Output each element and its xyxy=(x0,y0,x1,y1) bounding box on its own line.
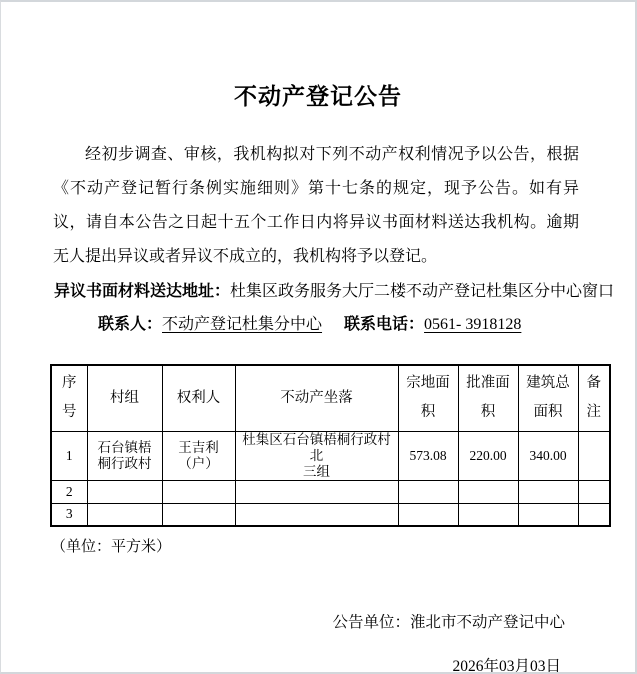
cell-property-location xyxy=(235,480,398,503)
col-header-approved-area: 批准面 积 xyxy=(458,365,518,431)
col-header-right-holder: 权利人 xyxy=(162,365,235,431)
announcement-body-paragraph: 经初步调查、审核，我机构拟对下列不动产权利情况予以公告，根据《不动产登记暂行条例… xyxy=(53,138,579,274)
contact-line: 联系人：不动产登记杜集分中心联系电话：0561- 3918128 xyxy=(98,313,635,337)
unit-note: （单位：平方米） xyxy=(51,536,635,558)
contact-phone-value: 0561- 3918128 xyxy=(424,316,521,333)
cell-approved-area xyxy=(458,480,518,503)
cell-property-location xyxy=(235,503,398,526)
cell-serial-number: 3 xyxy=(51,503,87,526)
cell-parcel-area xyxy=(398,503,458,526)
cell-total-building-area xyxy=(518,503,578,526)
col-header-total-building-area: 建筑总 面积 xyxy=(518,365,578,431)
col-header-serial-number: 序 号 xyxy=(51,365,87,431)
cell-parcel-area xyxy=(398,480,458,503)
cell-total-building-area xyxy=(518,480,578,503)
cell-village-group: 石台镇梧 桐行政村 xyxy=(87,431,162,480)
announcement-page: 不动产登记公告 经初步调查、审核，我机构拟对下列不动产权利情况予以公告，根据《不… xyxy=(0,0,637,674)
cell-right-holder xyxy=(162,480,235,503)
cell-approved-area xyxy=(458,503,518,526)
table-row: 1 石台镇梧 桐行政村 王吉利 （户） 杜集区石台镇梧桐行政村北 三组 573.… xyxy=(51,431,610,480)
cell-approved-area: 220.00 xyxy=(458,431,518,480)
objection-address-value: 杜集区政务服务大厅二楼不动产登记杜集区分中心窗口 xyxy=(230,283,614,300)
col-header-village-group: 村组 xyxy=(87,365,162,431)
cell-remarks xyxy=(578,480,610,503)
cell-right-holder: 王吉利 （户） xyxy=(162,431,235,480)
contact-phone-label: 联系电话： xyxy=(344,316,424,333)
cell-total-building-area: 340.00 xyxy=(518,431,578,480)
table-row: 2 xyxy=(51,480,610,503)
cell-right-holder xyxy=(162,503,235,526)
registration-table: 序 号 村组 权利人 不动产坐落 宗地面 积 批准面 积 建筑总 面积 备 注 … xyxy=(50,364,611,527)
table-header-row: 序 号 村组 权利人 不动产坐落 宗地面 积 批准面 积 建筑总 面积 备 注 xyxy=(51,365,610,431)
contact-person-label: 联系人： xyxy=(98,316,162,333)
col-header-property-location: 不动产坐落 xyxy=(235,365,398,431)
cell-village-group xyxy=(87,503,162,526)
cell-remarks xyxy=(578,431,610,480)
contact-person-value: 不动产登记杜集分中心 xyxy=(162,316,322,333)
col-header-remarks: 备 注 xyxy=(578,365,610,431)
objection-address-label: 异议书面材料送达地址： xyxy=(54,283,230,300)
objection-address-line: 异议书面材料送达地址：杜集区政务服务大厅二楼不动产登记杜集区分中心窗口 xyxy=(54,280,617,304)
cell-serial-number: 1 xyxy=(51,431,87,480)
cell-village-group xyxy=(87,480,162,503)
cell-serial-number: 2 xyxy=(51,480,87,503)
announcing-organization: 公告单位：淮北市不动产登记中心 xyxy=(1,612,565,634)
table-row: 3 xyxy=(51,503,610,526)
cell-property-location: 杜集区石台镇梧桐行政村北 三组 xyxy=(235,431,398,480)
announcement-date: 2026年03月03日 xyxy=(1,656,561,674)
cell-remarks xyxy=(578,503,610,526)
col-header-parcel-area: 宗地面 积 xyxy=(398,365,458,431)
page-title: 不动产登记公告 xyxy=(1,82,635,112)
cell-parcel-area: 573.08 xyxy=(398,431,458,480)
